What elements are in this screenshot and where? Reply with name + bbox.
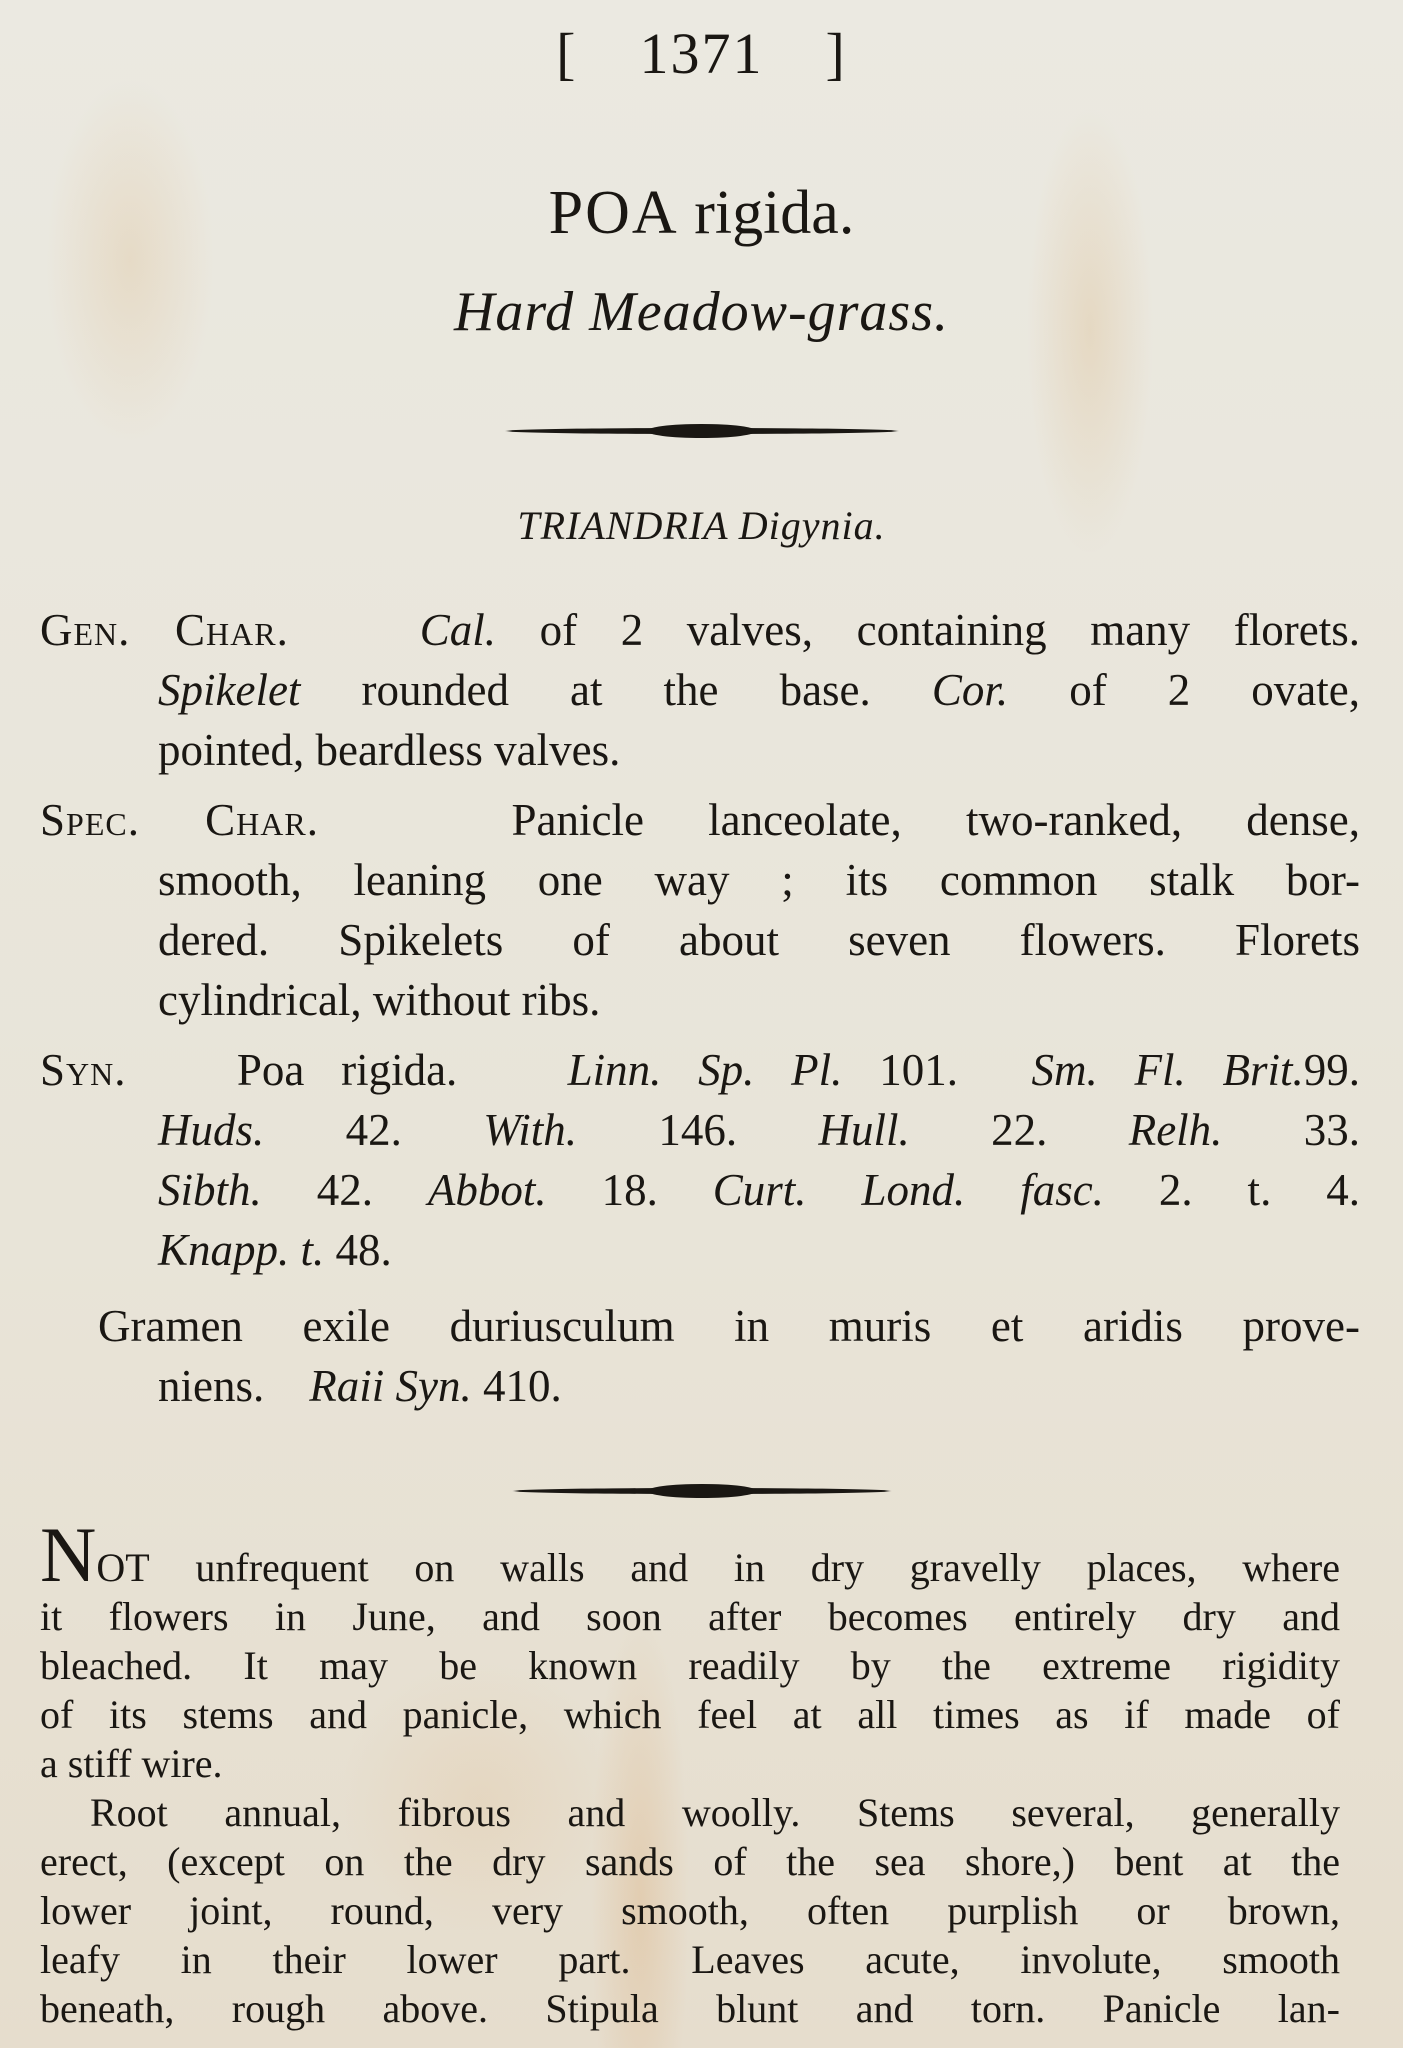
spec-char-line-3: dered. Spikelets of about seven flowers.… xyxy=(40,910,1360,970)
syn-line-4: Knapp. t. 48. xyxy=(40,1220,1360,1280)
classification-class: TRIANDRIA xyxy=(517,503,727,548)
syn-ref: Curt. Lond. fasc. xyxy=(713,1165,1104,1215)
syn-ref: With. xyxy=(483,1105,577,1155)
spec-char-line-4: cylindrical, without ribs. xyxy=(40,970,1360,1030)
drop-cap-rest: OT xyxy=(96,1545,149,1590)
gen-char-line-2: Spikelet rounded at the base. Cor. of 2 … xyxy=(40,660,1360,720)
gen-char-text: rounded at the base. xyxy=(300,665,931,715)
gen-char-spikelet: Spikelet xyxy=(158,665,300,715)
spec-char-text: Panicle lanceolate, two-ranked, dense, xyxy=(512,795,1361,845)
generic-character: Gen. Char. Cal. of 2 valves, containing … xyxy=(40,600,1360,780)
book-page: [1371] POA rigida. Hard Meadow-grass. TR… xyxy=(0,0,1403,2048)
description: NOT unfrequent on walls and in dry grave… xyxy=(40,1535,1340,2033)
syn-label: Syn. xyxy=(40,1045,127,1095)
syn-ref: Knapp. xyxy=(158,1225,289,1275)
spec-char-line-2: smooth, leaning one way ; its common sta… xyxy=(40,850,1360,910)
desc-p1-line-4: of its stems and panicle, which feel at … xyxy=(40,1690,1340,1739)
ray-synonym: Gramen exile duriusculum in muris et ari… xyxy=(40,1296,1360,1416)
syn-num: 99. xyxy=(1304,1045,1360,1095)
gen-char-cor: Cor. xyxy=(932,665,1008,715)
syn-ref: Relh. xyxy=(1129,1105,1223,1155)
syn-num: 42. xyxy=(346,1105,402,1155)
common-name: Hard Meadow-grass. xyxy=(0,280,1403,344)
ornamental-rule-top xyxy=(504,428,899,434)
syn-num: 2. t. 4. xyxy=(1159,1165,1360,1215)
plate-number-value: 1371 xyxy=(640,21,764,86)
gen-char-line-1: Gen. Char. Cal. of 2 valves, containing … xyxy=(40,600,1360,660)
classification-order: Digynia. xyxy=(739,503,886,548)
syn-num: 22. xyxy=(991,1105,1047,1155)
desc-p1-line-1: NOT unfrequent on walls and in dry grave… xyxy=(40,1535,1340,1592)
ray-num: 410. xyxy=(483,1361,562,1411)
title-genus: POA xyxy=(549,179,679,247)
desc-p2-line-2: erect, (except on the dry sands of the s… xyxy=(40,1837,1340,1886)
title-species: rigida. xyxy=(694,179,854,247)
desc-p1-line-2: it flowers in June, and soon after becom… xyxy=(40,1592,1340,1641)
syn-ref: Sibth. xyxy=(158,1165,262,1215)
syn-ref: Hull. xyxy=(818,1105,909,1155)
syn-ref: Huds. xyxy=(158,1105,264,1155)
syn-num: 42. xyxy=(317,1165,373,1215)
linnaean-classification: TRIANDRIA Digynia. xyxy=(0,502,1403,549)
desc-p1-line-3: bleached. It may be known readily by the… xyxy=(40,1641,1340,1690)
syn-ref: Sm. Fl. Brit. xyxy=(1032,1045,1304,1095)
syn-ref: Linn. Sp. Pl. xyxy=(568,1045,843,1095)
drop-cap: N xyxy=(40,1511,96,1598)
gen-char-text: of 2 ovate, xyxy=(1008,665,1360,715)
synonyms: Syn. Poa rigida. Linn. Sp. Pl. 101. Sm. … xyxy=(40,1040,1360,1280)
syn-num: 146. xyxy=(658,1105,737,1155)
syn-line-2: Huds. 42. With. 146. Hull. 22. Relh. 33. xyxy=(40,1100,1360,1160)
syn-num: 101. xyxy=(879,1045,958,1095)
gen-char-line-3: pointed, beardless valves. xyxy=(40,720,1360,780)
desc-p1-line-5: a stiff wire. xyxy=(40,1739,1340,1788)
desc-p2-line-1: Root annual, fibrous and woolly. Stems s… xyxy=(40,1788,1340,1837)
gen-char-text: of 2 valves, containing many florets. xyxy=(496,605,1360,655)
syn-plate-abbrev: t. xyxy=(301,1225,325,1275)
ornamental-rule-bottom xyxy=(512,1488,892,1494)
ray-line-2: niens. Raii Syn. 410. xyxy=(40,1356,1360,1416)
specific-character: Spec. Char. Panicle lanceolate, two-rank… xyxy=(40,790,1360,1030)
desc-p2-line-4: leafy in their lower part. Leaves acute,… xyxy=(40,1935,1340,1984)
syn-line-3: Sibth. 42. Abbot. 18. Curt. Lond. fasc. … xyxy=(40,1160,1360,1220)
bracket-open: [ xyxy=(556,20,577,87)
syn-num: 18. xyxy=(602,1165,658,1215)
gen-char-label: Gen. Char. xyxy=(40,605,289,655)
ray-plain: niens. xyxy=(158,1361,264,1411)
spec-char-label: Spec. Char. xyxy=(40,795,319,845)
desc-p2-line-5: beneath, rough above. Stipula blunt and … xyxy=(40,1984,1340,2033)
syn-line-1: Syn. Poa rigida. Linn. Sp. Pl. 101. Sm. … xyxy=(40,1040,1360,1100)
species-title: POA rigida. xyxy=(0,178,1403,249)
gen-char-cal: Cal. xyxy=(420,605,496,655)
ray-line-1: Gramen exile duriusculum in muris et ari… xyxy=(40,1296,1360,1356)
syn-num: 48. xyxy=(336,1225,392,1275)
syn-num: 33. xyxy=(1304,1105,1360,1155)
plate-number: [1371] xyxy=(0,20,1403,87)
syn-ref: Abbot. xyxy=(428,1165,547,1215)
desc-text: unfrequent on walls and in dry gravelly … xyxy=(150,1545,1340,1590)
spec-char-line-1: Spec. Char. Panicle lanceolate, two-rank… xyxy=(40,790,1360,850)
syn-plain: Poa rigida. xyxy=(237,1045,457,1095)
ray-ref: Raii Syn. xyxy=(309,1361,471,1411)
bracket-close: ] xyxy=(826,20,847,87)
desc-p2-line-3: lower joint, round, very smooth, often p… xyxy=(40,1886,1340,1935)
